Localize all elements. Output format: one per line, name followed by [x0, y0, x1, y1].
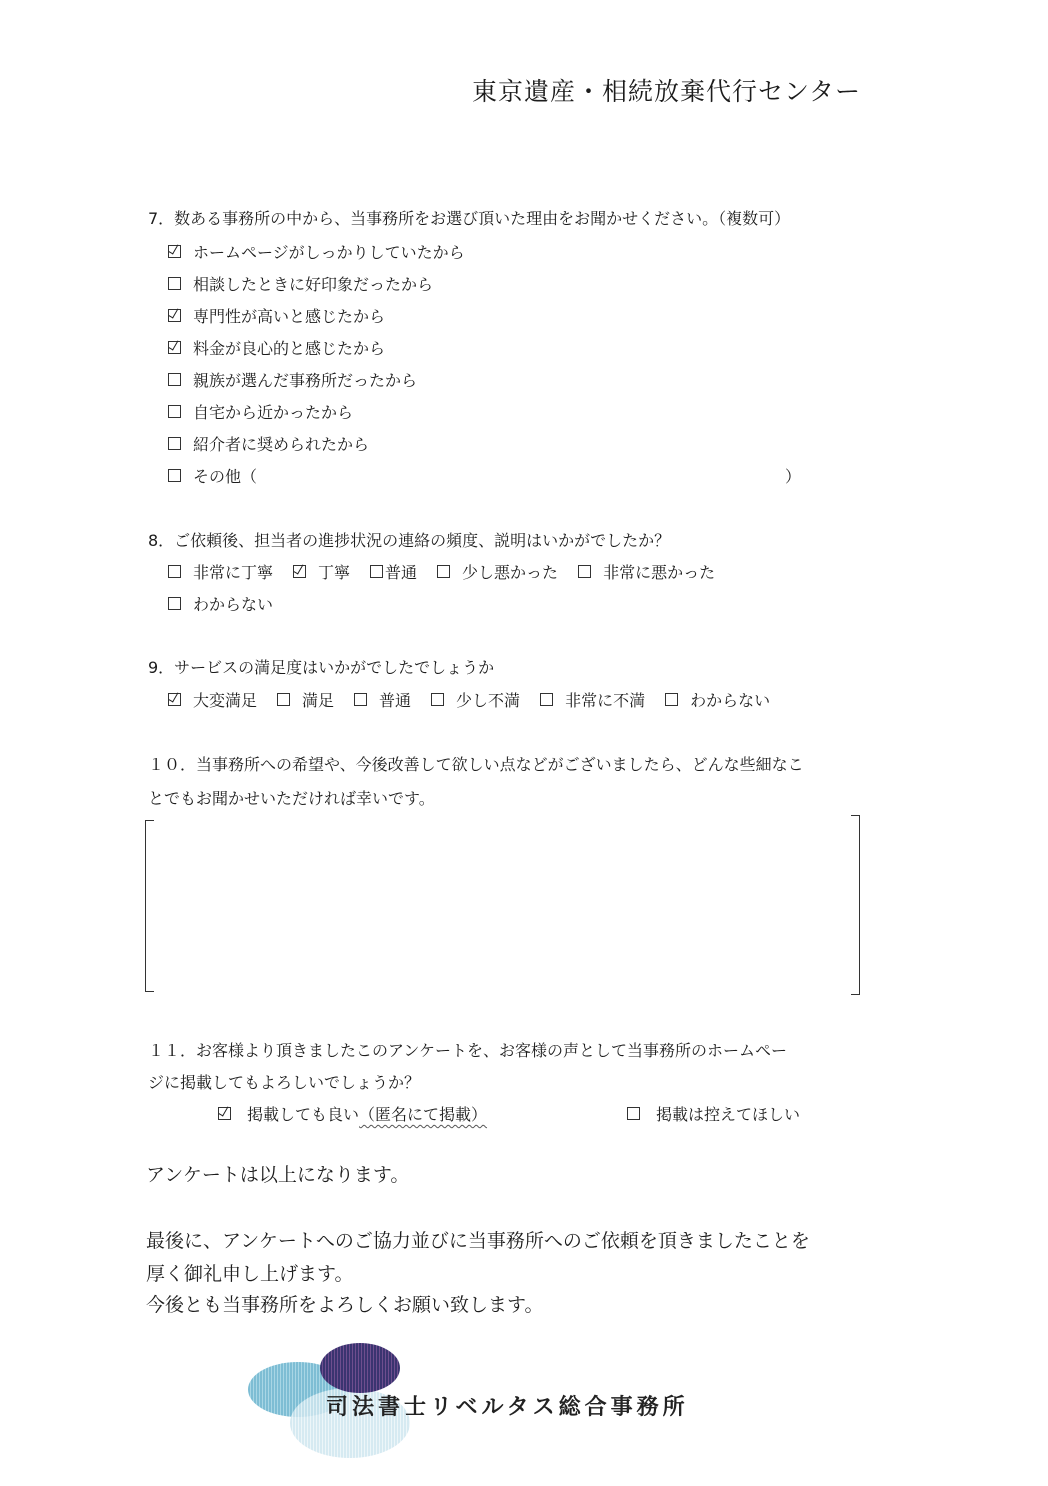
checkbox-checked-icon[interactable] — [293, 565, 306, 578]
logo-circle-purple — [320, 1343, 400, 1393]
q11-option-decline[interactable]: 掲載は控えてほしい — [627, 1102, 800, 1125]
right-bracket — [851, 815, 860, 995]
q7-option-homepage[interactable]: ホームページがしっかりしていたから — [168, 240, 465, 263]
q8-option-normal[interactable]: 普通 — [370, 560, 417, 583]
closing-line-3: 厚く御礼申し上げます。 — [146, 1259, 353, 1290]
option-label: 少し不満 — [456, 688, 520, 711]
office-logo: 司法書士リベルタス総合事務所 — [248, 1340, 808, 1460]
question-10-line1: １０．当事務所への希望や、今後改善して欲しい点などがございましたら、どんな些細な… — [148, 752, 804, 775]
checkbox-checked-icon[interactable] — [218, 1107, 231, 1120]
checkbox-icon[interactable] — [431, 693, 444, 706]
checkbox-icon[interactable] — [168, 597, 181, 610]
checkbox-icon[interactable] — [578, 565, 591, 578]
checkbox-icon[interactable] — [168, 437, 181, 450]
q11-option-allow[interactable]: 掲載しても良い （匿名にて掲載） — [218, 1102, 487, 1125]
closing-line-4: 今後とも当事務所をよろしくお願い致します。 — [146, 1290, 543, 1321]
q9-option-normal[interactable]: 普通 — [354, 688, 411, 711]
q9-option-satisfied[interactable]: 満足 — [277, 688, 334, 711]
q7-option-referral[interactable]: 紹介者に奨められたから — [168, 432, 369, 455]
option-label: わからない — [193, 592, 273, 615]
option-label: 掲載しても良い — [247, 1102, 359, 1125]
option-label: 掲載は控えてほしい — [656, 1102, 800, 1125]
checkbox-checked-icon[interactable] — [168, 341, 181, 354]
office-title: 東京遺産・相続放棄代行センター — [472, 72, 861, 108]
option-label: ホームページがしっかりしていたから — [193, 240, 465, 263]
checkbox-checked-icon[interactable] — [168, 693, 181, 706]
checkbox-icon[interactable] — [168, 373, 181, 386]
option-label: 料金が良心的と感じたから — [193, 336, 385, 359]
option-label: 非常に不満 — [565, 688, 645, 711]
option-label: 普通 — [385, 560, 417, 583]
question-10-line2: とでもお聞かせいただければ幸いです。 — [148, 786, 435, 809]
checkbox-icon[interactable] — [168, 405, 181, 418]
question-11-line2: ジに掲載してもよろしいでしょうか？ — [148, 1070, 420, 1093]
checkbox-checked-icon[interactable] — [168, 245, 181, 258]
checkbox-icon[interactable] — [665, 693, 678, 706]
checkbox-icon[interactable] — [540, 693, 553, 706]
question-7: 7．数ある事務所の中から、当事務所をお選び頂いた理由をお聞かせください。（複数可… — [148, 206, 790, 229]
checkbox-icon[interactable] — [370, 565, 383, 578]
option-label: 自宅から近かったから — [193, 400, 353, 423]
q7-option-price[interactable]: 料金が良心的と感じたから — [168, 336, 385, 359]
option-label: 普通 — [379, 688, 411, 711]
option-label: 満足 — [302, 688, 334, 711]
q9-option-slightly-dissatisfied[interactable]: 少し不満 — [431, 688, 520, 711]
question-9: 9．サービスの満足度はいかがでしたでしょうか — [148, 655, 494, 678]
option-label: その他（ — [193, 464, 257, 487]
option-label: 紹介者に奨められたから — [193, 432, 369, 455]
q9-option-unknown[interactable]: わからない — [665, 688, 770, 711]
logo-office-name: 司法書士リベルタス総合事務所 — [326, 1390, 689, 1421]
checkbox-icon[interactable] — [168, 565, 181, 578]
checkbox-icon[interactable] — [168, 469, 181, 482]
option-label: 丁寧 — [318, 560, 350, 583]
q9-option-very-satisfied[interactable]: 大変満足 — [168, 688, 257, 711]
option-label: 大変満足 — [193, 688, 257, 711]
q9-options-row: 大変満足 満足 普通 少し不満 非常に不満 わからない — [168, 688, 790, 711]
option-note: （匿名にて掲載） — [359, 1102, 487, 1125]
other-close-paren: ） — [785, 464, 801, 487]
q7-option-other[interactable]: その他（ — [168, 464, 257, 487]
option-label: わからない — [690, 688, 770, 711]
option-label: 相談したときに好印象だったから — [193, 272, 433, 295]
checkbox-icon[interactable] — [277, 693, 290, 706]
q8-option-very-polite[interactable]: 非常に丁寧 — [168, 560, 273, 583]
q7-option-expertise[interactable]: 専門性が高いと感じたから — [168, 304, 385, 327]
question-11-line1: １１．お客様より頂きましたこのアンケートを、お客様の声として当事務所のホームペー — [148, 1038, 787, 1061]
option-label: 専門性が高いと感じたから — [193, 304, 385, 327]
option-label: 親族が選んだ事務所だったから — [193, 368, 417, 391]
q8-options-row: 非常に丁寧 丁寧 普通 少し悪かった 非常に悪かった — [168, 560, 735, 583]
q8-option-polite[interactable]: 丁寧 — [293, 560, 350, 583]
option-label: 非常に悪かった — [603, 560, 715, 583]
q8-option-slightly-bad[interactable]: 少し悪かった — [437, 560, 558, 583]
option-label: 少し悪かった — [462, 560, 558, 583]
q7-option-relative[interactable]: 親族が選んだ事務所だったから — [168, 368, 417, 391]
checkbox-icon[interactable] — [168, 277, 181, 290]
q9-option-very-dissatisfied[interactable]: 非常に不満 — [540, 688, 645, 711]
option-label: 非常に丁寧 — [193, 560, 273, 583]
checkbox-icon[interactable] — [354, 693, 367, 706]
question-8: 8．ご依頼後、担当者の進捗状況の連絡の頻度、説明はいかがでしたか？ — [148, 528, 670, 551]
closing-line-2: 最後に、アンケートへのご協力並びに当事務所へのご依頼を頂きましたことを — [146, 1226, 810, 1257]
closing-line-1: アンケートは以上になります。 — [146, 1160, 409, 1191]
q7-option-impression[interactable]: 相談したときに好印象だったから — [168, 272, 433, 295]
q8-option-very-bad[interactable]: 非常に悪かった — [578, 560, 715, 583]
q8-option-unknown[interactable]: わからない — [168, 592, 273, 615]
checkbox-icon[interactable] — [627, 1107, 640, 1120]
q7-option-nearby[interactable]: 自宅から近かったから — [168, 400, 353, 423]
checkbox-icon[interactable] — [437, 565, 450, 578]
left-bracket — [145, 820, 154, 992]
checkbox-checked-icon[interactable] — [168, 309, 181, 322]
comment-answer-box[interactable] — [145, 820, 860, 990]
